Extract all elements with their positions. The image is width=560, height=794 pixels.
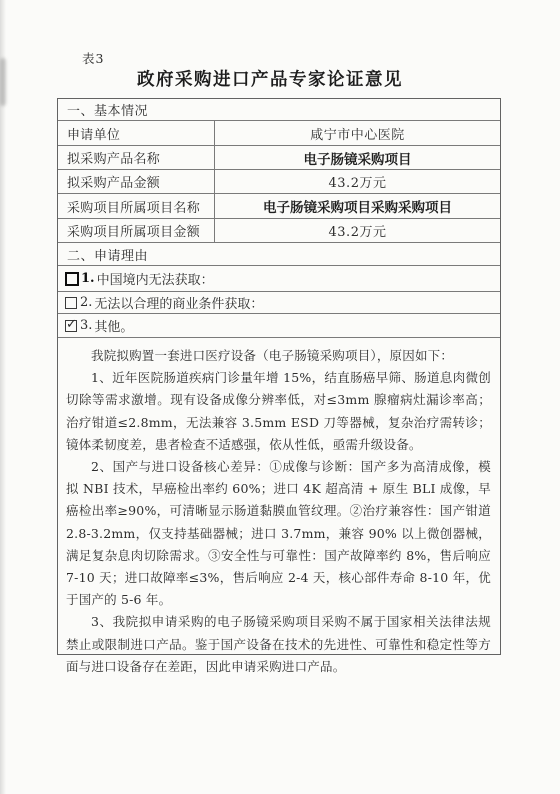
- row-label: 采购项目所属项目名称: [58, 194, 215, 218]
- body-paragraph: 3、我院拟申请采购的电子肠镜采购项目采购不属于国家相关法律法规禁止或限制进口产品…: [66, 611, 491, 678]
- form-table: 一、基本情况 申请单位 咸宁市中心医院 拟采购产品名称 电子肠镜采购项目 拟采购…: [57, 98, 501, 655]
- form-number-label: 表3: [82, 49, 104, 67]
- table-row: 拟采购产品名称 电子肠镜采购项目: [58, 146, 500, 170]
- section-heading-text: 二、申请理由: [67, 245, 148, 264]
- body-paragraph: 2、国产与进口设备核心差异：①成像与诊断：国产多为高清成像，模拟 NBI 技术，…: [66, 456, 491, 611]
- body-paragraph: 1、近年医院肠道疾病门诊量年增 15%，结直肠癌早筛、肠道息肉微创切除等需求激增…: [66, 367, 491, 456]
- table-row: 拟采购产品金额 43.2万元: [58, 170, 500, 194]
- row-label: 申请单位: [58, 121, 215, 145]
- row-label: 拟采购产品金额: [58, 170, 215, 193]
- option-label: 无法以合理的商业条件获取：: [94, 293, 263, 312]
- row-label: 采购项目所属项目金额: [58, 219, 215, 242]
- option-number: 1.: [81, 271, 95, 286]
- section-heading-text: 一、基本情况: [67, 100, 148, 119]
- info-value-4: 43.2万元: [215, 221, 500, 240]
- scan-edge-shadow: [0, 0, 6, 794]
- option-2-checkbox: [65, 297, 77, 309]
- info-value-3: 电子肠镜采购项目采购采购项目: [215, 196, 500, 216]
- table-row: 采购项目所属项目名称 电子肠镜采购项目采购采购项目: [58, 194, 500, 219]
- reason-option-3: 3. 其他。: [58, 314, 500, 338]
- section-heading-apply-reason: 二、申请理由: [58, 243, 500, 266]
- info-value-0: 咸宁市中心医院: [215, 124, 500, 143]
- reason-body-row: 我院拟购置一套进口医疗设备（电子肠镜采购项目），原因如下： 1、近年医院肠道疾病…: [58, 338, 500, 678]
- option-3-checkbox: [65, 320, 77, 332]
- option-label: 其他。: [94, 316, 133, 335]
- info-value-1: 电子肠镜采购项目: [215, 148, 500, 168]
- section-heading-basic-info: 一、基本情况: [58, 99, 500, 121]
- reason-option-2: 2. 无法以合理的商业条件获取：: [58, 292, 500, 314]
- option-label: 中国境内无法获取：: [97, 269, 214, 288]
- info-value-2: 43.2万元: [215, 172, 500, 191]
- document-title: 政府采购进口产品专家论证意见: [0, 66, 540, 91]
- body-paragraph: 我院拟购置一套进口医疗设备（电子肠镜采购项目），原因如下：: [66, 345, 491, 367]
- reason-body-text: 我院拟购置一套进口医疗设备（电子肠镜采购项目），原因如下： 1、近年医院肠道疾病…: [58, 338, 500, 678]
- option-number: 2.: [80, 295, 92, 310]
- row-label: 拟采购产品名称: [58, 146, 215, 169]
- option-1-checkbox: [65, 272, 79, 286]
- table-row: 采购项目所属项目金额 43.2万元: [58, 219, 500, 243]
- document-page: 表3 政府采购进口产品专家论证意见 一、基本情况 申请单位 咸宁市中心医院 拟采…: [0, 0, 560, 794]
- option-number: 3.: [80, 318, 92, 333]
- reason-option-1: 1. 中国境内无法获取：: [58, 266, 500, 292]
- table-row: 申请单位 咸宁市中心医院: [58, 121, 500, 146]
